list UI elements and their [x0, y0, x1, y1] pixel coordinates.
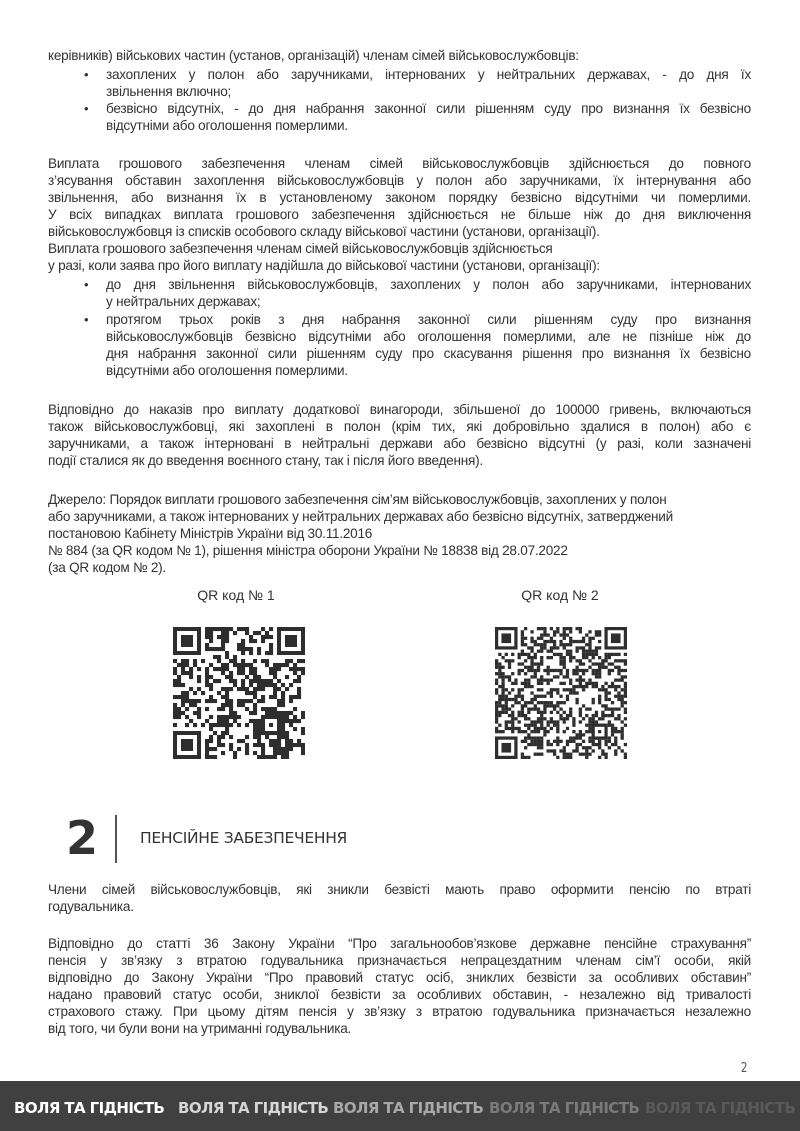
payment-line: Виплата грошового забезпечення членам сі… — [48, 155, 751, 172]
payment-line: військовослужбовця із списків особового … — [48, 223, 751, 240]
payment-bullet-2-line-4: відсутніми або оголошення померлими. — [106, 362, 751, 379]
footer-slogan: ВОЛЯ ТА ГІДНІСТЬ — [14, 1099, 164, 1117]
bullet-icon: • — [84, 276, 94, 293]
payment-line: з’ясування обставин захоплення військово… — [48, 172, 751, 189]
pension-line: Відповідно до статті 36 Закону України “… — [48, 935, 751, 952]
reward-line: також військовослужбовці, які захоплені … — [48, 418, 751, 435]
reward-line: події сталися як до введення воєнного ст… — [48, 452, 751, 469]
document-page: керівників) військових частин (установ, … — [0, 0, 800, 1131]
source-line: Джерело: Порядок виплати грошового забез… — [48, 491, 751, 508]
footer-slogan: ВОЛЯ ТА ГІДНІСТЬ — [178, 1099, 328, 1117]
pension-line: страхового стажу. При цьому дітям пенсія… — [48, 1003, 751, 1020]
source-line: або заручниками, а також інтернованих у … — [48, 508, 751, 525]
section-divider — [115, 815, 117, 863]
payment-line: У всіх випадках виплата грошового забезп… — [48, 206, 751, 223]
bullet-icon: • — [84, 100, 94, 117]
bullet-icon: • — [84, 66, 94, 83]
qr-label-1: QR код № 1 — [166, 587, 306, 604]
section-title: ПЕНСІЙНЕ ЗАБЕЗПЕЧЕННЯ — [140, 828, 347, 848]
reward-line: заручниками, а також інтерновані в нейтр… — [48, 435, 751, 452]
intro-bullet-1-line-2: звільнення включно; — [106, 83, 751, 100]
qr-label-2: QR код № 2 — [490, 587, 630, 604]
page-number: 2 — [741, 1061, 748, 1076]
pension-line: пенсія у зв’язку з втратою годувальника … — [48, 952, 751, 969]
section-number: 2 — [66, 810, 97, 866]
pension-line: відповідно до Закону України “Про правов… — [48, 969, 751, 986]
footer-slogan: ВОЛЯ ТА ГІДНІСТЬ — [645, 1099, 795, 1117]
intro-lead: керівників) військових частин (установ, … — [48, 47, 751, 64]
pension-line: надано правовий статус особи, зниклої бе… — [48, 986, 751, 1003]
payment-bullet-2-line-2: військовослужбовців безвісно відсутніми … — [106, 328, 751, 345]
pension-line: Члени сімей військовослужбовців, які зни… — [48, 881, 751, 898]
payment-bullet-2-line-3: дня набрання законної сили рішенням суду… — [106, 345, 751, 362]
payment-bullet-2-line-1: протягом трьох років з дня набрання зако… — [106, 311, 751, 328]
source-line: постановою Кабінету Міністрів України ві… — [48, 525, 751, 542]
footer-slogan: ВОЛЯ ТА ГІДНІСТЬ — [489, 1099, 639, 1117]
bullet-icon: • — [84, 311, 94, 328]
intro-bullet-2-line-1: безвісно відсутніх, - до дня набрання за… — [106, 100, 751, 117]
source-line: (за QR кодом № 2). — [48, 559, 751, 576]
pension-line: годувальника. — [48, 898, 751, 915]
qr-code-icon[interactable] — [173, 627, 305, 759]
qr-code-icon[interactable] — [495, 627, 627, 759]
payment-line: у разі, коли заява про його виплату наді… — [48, 257, 751, 274]
footer-banner: ВОЛЯ ТА ГІДНІСТЬ ВОЛЯ ТА ГІДНІСТЬ ВОЛЯ Т… — [0, 1081, 800, 1131]
payment-bullet-1-line-2: у нейтральних державах; — [106, 293, 751, 310]
payment-line: Виплата грошового забезпечення членам сі… — [48, 240, 751, 257]
payment-bullet-1-line-1: до дня звільнення військовослужбовців, з… — [106, 276, 751, 293]
footer-slogan: ВОЛЯ ТА ГІДНІСТЬ — [333, 1099, 483, 1117]
reward-line: Відповідно до наказів про виплату додатк… — [48, 401, 751, 418]
payment-line: звільнення, або визнання їх в установлен… — [48, 189, 751, 206]
source-line: № 884 (за QR кодом № 1), рішення міністр… — [48, 542, 751, 559]
intro-bullet-2-line-2: відсутніми або оголошення померлими. — [106, 117, 751, 134]
intro-bullet-1-line-1: захоплених у полон або заручниками, інте… — [106, 66, 751, 83]
pension-line: від того, чи були вони на утриманні году… — [48, 1020, 751, 1037]
